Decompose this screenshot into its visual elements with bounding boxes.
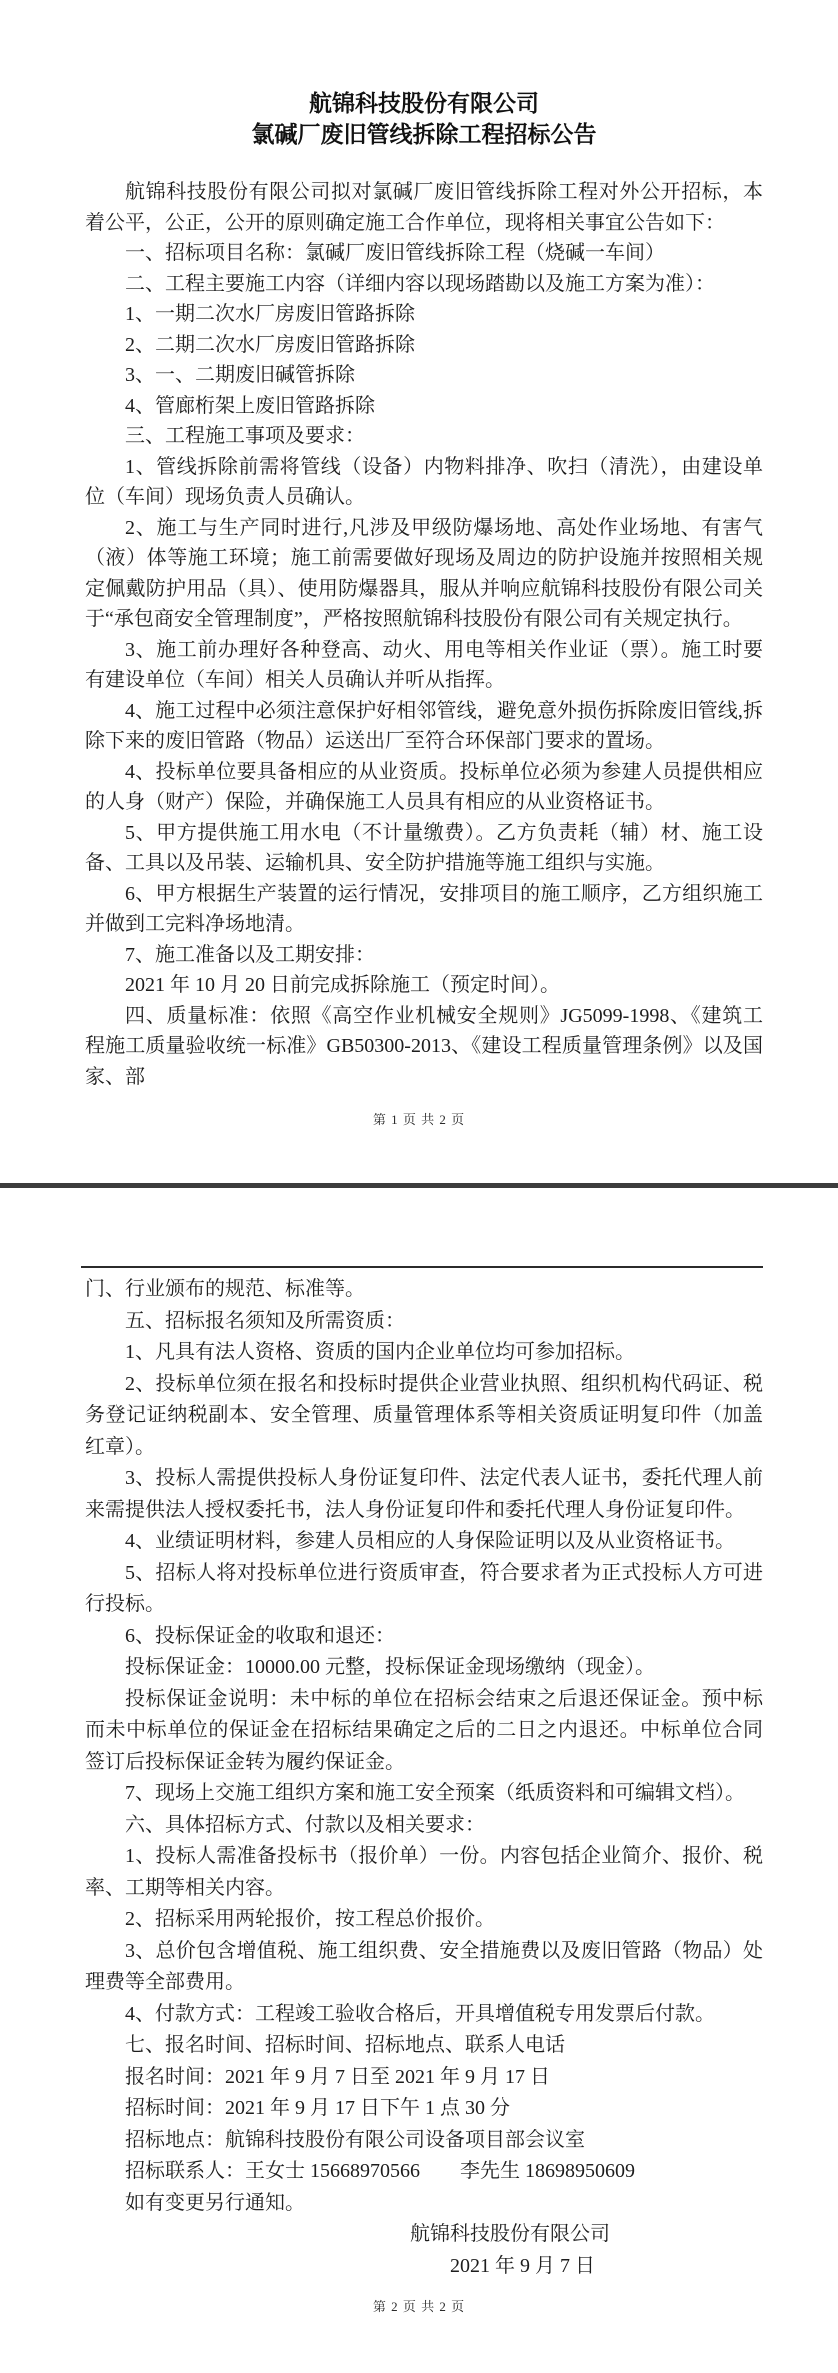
bidding-2: 2、招标采用两轮报价，按工程总价报价。 [85,1904,763,1936]
registration-5: 5、招标人将对投标单位进行资质审查，符合要求者为正式投标人方可进行投标。 [85,1558,763,1621]
deposit-amount: 投标保证金：10000.00 元整，投标保证金现场缴纳（现金）。 [85,1652,763,1684]
requirement-4b: 4、投标单位要具备相应的从业资质。投标单位必须为参建人员提供相应的人身（财产）保… [85,757,763,818]
page2-footer: 第 2 页 共 2 页 [0,2296,838,2315]
title-subject: 氯碱厂废旧管线拆除工程招标公告 [85,119,763,150]
deposit-note: 投标保证金说明：未中标的单位在招标会结束之后退还保证金。预中标而未中标单位的保证… [85,1684,763,1779]
registration-4: 4、业绩证明材料，参建人员相应的人身保险证明以及从业资格证书。 [85,1526,763,1558]
bidding-4-payment: 4、付款方式：工程竣工验收合格后，开具增值税专用发票后付款。 [85,1999,763,2031]
schedule-deadline: 2021 年 10 月 20 日前完成拆除施工（预定时间）。 [85,970,763,1001]
page-2: 门、行业颁布的规范、标准等。 五、招标报名须知及所需资质： 1、凡具有法人资格、… [0,1188,838,2373]
bid-location: 招标地点：航锦科技股份有限公司设备项目部会议室 [85,2125,763,2157]
document-title-block: 航锦科技股份有限公司 氯碱厂废旧管线拆除工程招标公告 [85,88,763,150]
bidding-1: 1、投标人需准备投标书（报价单）一份。内容包括企业简介、报价、税率、工期等相关内… [85,1841,763,1904]
quality-standard-continuation: 门、行业颁布的规范、标准等。 [85,1274,763,1306]
requirement-1: 1、管线拆除前需将管线（设备）内物料排净、吹扫（清洗），由建设单位（车间）现场负… [85,452,763,513]
scope-item-4: 4、管廊桁架上废旧管路拆除 [85,391,763,422]
registration-2: 2、投标单位须在报名和投标时提供企业营业执照、组织机构代码证、税务登记证纳税副本… [85,1369,763,1464]
bid-time: 招标时间：2021 年 9 月 17 日下午 1 点 30 分 [85,2093,763,2125]
scope-item-2: 2、二期二次水厂房废旧管路拆除 [85,330,763,361]
item-scope-heading: 二、工程主要施工内容（详细内容以现场踏勘以及施工方案为准）： [85,269,763,300]
item-quality-standard: 四、质量标准：依照《高空作业机械安全规则》JG5099-1998、《建筑工程施工… [85,1001,763,1093]
page2-header-rule [81,1266,763,1268]
change-notice: 如有变更另行通知。 [85,2188,763,2220]
scope-item-3: 3、一、二期废旧碱管拆除 [85,360,763,391]
registration-7: 7、现场上交施工组织方案和施工安全预案（纸质资料和可编辑文档）。 [85,1778,763,1810]
item-construction-requirements-heading: 三、工程施工事项及要求： [85,421,763,452]
requirement-5: 5、甲方提供施工用水电（不计量缴费）。乙方负责耗（辅）材、施工设备、工具以及吊装… [85,818,763,879]
bid-contacts: 招标联系人：王女士 15668970566 李先生 18698950609 [85,2156,763,2188]
item-project-name: 一、招标项目名称：氯碱厂废旧管线拆除工程（烧碱一车间） [85,238,763,269]
page-1: 航锦科技股份有限公司 氯碱厂废旧管线拆除工程招标公告 航锦科技股份有限公司拟对氯… [0,0,838,1183]
requirement-7-schedule-heading: 7、施工准备以及工期安排： [85,940,763,971]
signature-company: 航锦科技股份有限公司 [85,2219,763,2251]
page1-footer: 第 1 页 共 2 页 [0,1109,838,1128]
item-schedule-contact-heading: 七、报名时间、招标时间、招标地点、联系人电话 [85,2030,763,2062]
requirement-3: 3、施工前办理好各种登高、动火、用电等相关作业证（票）。施工时要有建设单位（车间… [85,635,763,696]
item-bidding-method-heading: 六、具体招标方式、付款以及相关要求： [85,1810,763,1842]
scope-item-1: 1、一期二次水厂房废旧管路拆除 [85,299,763,330]
intro-paragraph: 航锦科技股份有限公司拟对氯碱厂废旧管线拆除工程对外公开招标，本着公平，公正，公开… [85,177,763,238]
signature-date: 2021 年 9 月 7 日 [85,2251,763,2283]
requirement-2: 2、施工与生产同时进行,凡涉及甲级防爆场地、高处作业场地、有害气（液）体等施工环… [85,513,763,635]
registration-6-deposit-heading: 6、投标保证金的收取和退还： [85,1621,763,1653]
registration-3: 3、投标人需提供投标人身份证复印件、法定代表人证书，委托代理人前来需提供法人授权… [85,1463,763,1526]
requirement-4: 4、施工过程中必须注意保护好相邻管线，避免意外损伤拆除废旧管线,拆除下来的废旧管… [85,696,763,757]
document: 航锦科技股份有限公司 氯碱厂废旧管线拆除工程招标公告 航锦科技股份有限公司拟对氯… [0,0,838,2373]
registration-time: 报名时间：2021 年 9 月 7 日至 2021 年 9 月 17 日 [85,2062,763,2094]
title-company: 航锦科技股份有限公司 [85,88,763,119]
registration-1: 1、凡具有法人资格、资质的国内企业单位均可参加招标。 [85,1337,763,1369]
requirement-6: 6、甲方根据生产装置的运行情况，安排项目的施工顺序，乙方组织施工并做到工完料净场… [85,879,763,940]
bidding-3: 3、总价包含增值税、施工组织费、安全措施费以及废旧管路（物品）处理费等全部费用。 [85,1936,763,1999]
item-registration-requirements-heading: 五、招标报名须知及所需资质： [85,1306,763,1338]
